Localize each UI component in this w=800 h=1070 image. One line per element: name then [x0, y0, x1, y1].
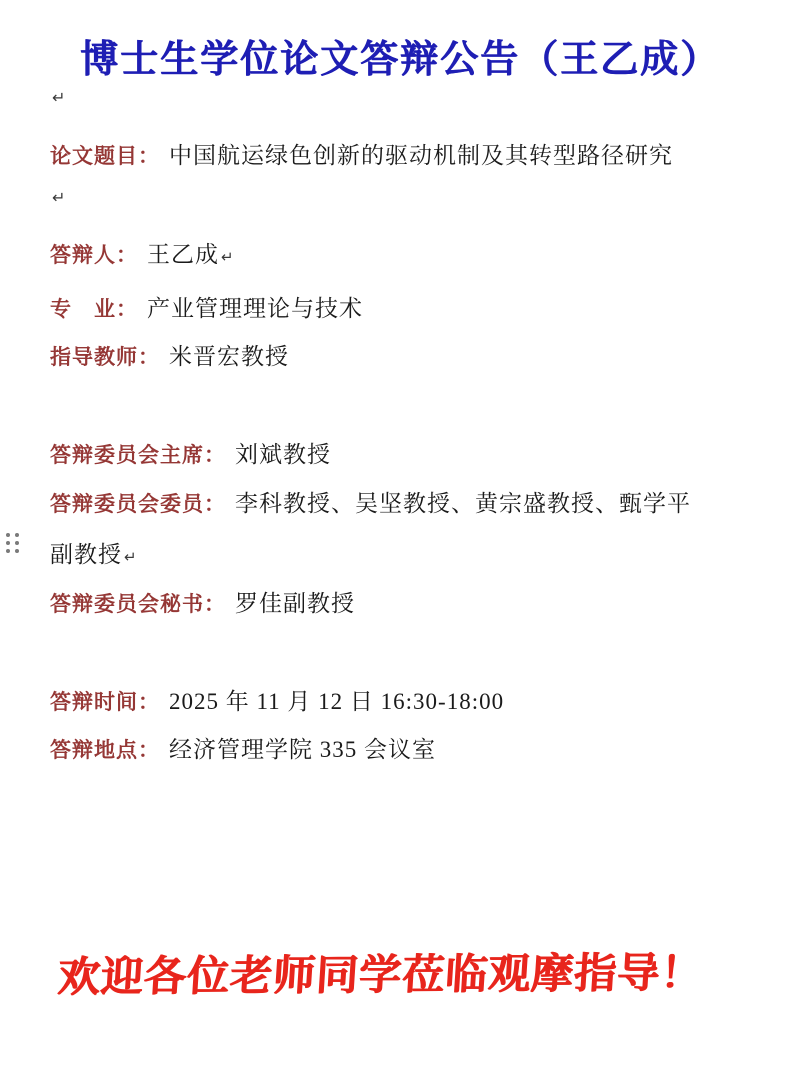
handle-dot: [15, 541, 19, 545]
paragraph-mark-icon: ↵: [52, 88, 65, 107]
field-value: 中国航运绿色创新的驱动机制及其转型路径研究: [169, 143, 673, 168]
field-label: 专 业：: [50, 298, 138, 321]
field-value: 刘斌教授: [235, 442, 331, 467]
field-value: 经济管理学院 335 会议室: [169, 737, 436, 762]
handle-dot: [6, 541, 10, 545]
paragraph-mark-icon: ↵: [52, 188, 65, 207]
welcome-message: 欢迎各位老师同学莅临观摩指导！: [56, 940, 750, 1005]
handle-dot: [15, 549, 19, 553]
field-advisor: 指导教师：米晋宏教授: [50, 338, 770, 371]
field-value: 李科教授、吴坚教授、黄宗盛教授、甄学平: [235, 491, 691, 516]
document-page: 博士生学位论文答辩公告（王乙成） ↵ 论文题目：中国航运绿色创新的驱动机制及其转…: [0, 0, 800, 1070]
field-thesis-title: 论文题目：中国航运绿色创新的驱动机制及其转型路径研究: [50, 137, 770, 170]
field-label: 答辩委员会秘书：: [50, 593, 226, 616]
field-label: 答辩委员会主席：: [50, 444, 226, 467]
field-label: 答辩委员会委员：: [50, 493, 226, 516]
paragraph-mark-icon: ↵: [124, 548, 137, 566]
field-major: 专 业：产业管理理论与技术: [50, 290, 770, 323]
field-value: 2025 年 11 月 12 日 16:30-18:00: [169, 689, 504, 714]
handle-dot: [6, 549, 10, 553]
field-value: 产业管理理论与技术: [147, 296, 363, 321]
field-committee-members-continued: 副教授↵: [50, 536, 770, 569]
drag-handle-icon[interactable]: [6, 533, 19, 553]
field-value: 王乙成: [147, 242, 219, 267]
field-label: 答辩地点：: [50, 739, 160, 762]
field-label: 论文题目：: [50, 145, 160, 168]
handle-dot: [6, 533, 10, 537]
page-title: 博士生学位论文答辩公告（王乙成）: [0, 28, 800, 83]
field-label: 指导教师：: [50, 346, 160, 369]
field-value: 米晋宏教授: [169, 344, 289, 369]
field-label: 答辩人：: [50, 244, 138, 267]
field-committee-secretary: 答辩委员会秘书：罗佳副教授: [50, 585, 770, 618]
field-value: 副教授: [50, 542, 122, 567]
field-label: 答辩时间：: [50, 691, 160, 714]
field-defender: 答辩人：王乙成↵: [50, 236, 770, 269]
handle-dot: [15, 533, 19, 537]
field-committee-chair: 答辩委员会主席：刘斌教授: [50, 436, 770, 469]
paragraph-mark-icon: ↵: [221, 248, 234, 266]
field-committee-members: 答辩委员会委员：李科教授、吴坚教授、黄宗盛教授、甄学平: [50, 485, 770, 518]
field-defense-location: 答辩地点：经济管理学院 335 会议室: [50, 731, 770, 764]
field-defense-time: 答辩时间：2025 年 11 月 12 日 16:30-18:00: [50, 683, 770, 716]
field-value: 罗佳副教授: [235, 591, 355, 616]
